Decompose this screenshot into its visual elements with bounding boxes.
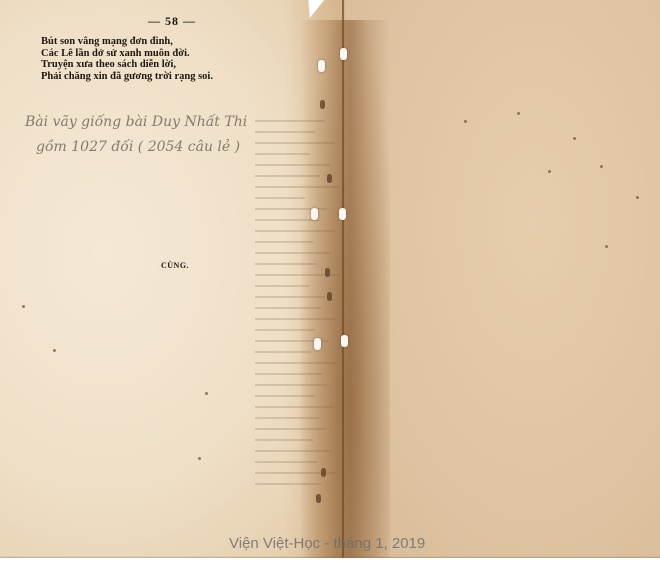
stitch-mark (325, 268, 330, 277)
handwritten-note: Bài vãy giống bài Duy Nhất Thi gồm 1027 … (25, 110, 247, 160)
right-page-blank (345, 0, 660, 560)
stitch-mark (321, 468, 326, 477)
paper-speck (573, 137, 576, 140)
paper-speck (464, 120, 467, 123)
stitch-hole (341, 335, 348, 347)
scanned-book-spread: — 58 — Bút son vâng mạng đơn đình, Các L… (0, 0, 660, 560)
stitch-mark (327, 292, 332, 301)
stitch-hole (314, 338, 321, 350)
stitch-hole (318, 60, 325, 72)
verse-block: Bút son vâng mạng đơn đình, Các Lê lần d… (41, 36, 213, 82)
spine-water-stain (300, 20, 390, 560)
stitch-hole (311, 208, 318, 220)
spine-fold (342, 0, 344, 560)
verse-line: Phải chăng xin đã gương trời rạng soi. (41, 71, 213, 83)
page-number: — 58 — (148, 14, 196, 29)
paper-speck (53, 349, 56, 352)
verse-line: Các Lê lần dở sử xanh muôn đời. (41, 48, 213, 60)
paper-speck (548, 170, 551, 173)
paper-speck (205, 392, 208, 395)
handwritten-line: Bài vãy giống bài Duy Nhất Thi (25, 110, 247, 135)
verse-line: Truyện xưa theo sách diễn lời, (41, 59, 213, 71)
section-heading: CÙNG. (161, 261, 189, 270)
stitch-hole (340, 48, 347, 60)
paper-speck (22, 305, 25, 308)
stitch-mark (316, 494, 321, 503)
watermark: Viện Việt-Học - tháng 1, 2019 (229, 535, 425, 552)
stitch-hole (339, 208, 346, 220)
handwritten-line: gồm 1027 đối ( 2054 câu lẻ ) (25, 135, 247, 160)
paper-speck (636, 196, 639, 199)
paper-speck (600, 165, 603, 168)
stitch-mark (327, 174, 332, 183)
paper-speck (517, 112, 520, 115)
paper-speck (198, 457, 201, 460)
verse-line: Bút son vâng mạng đơn đình, (41, 36, 213, 48)
scan-bottom-edge (0, 558, 660, 563)
paper-speck (605, 245, 608, 248)
stitch-mark (320, 100, 325, 109)
